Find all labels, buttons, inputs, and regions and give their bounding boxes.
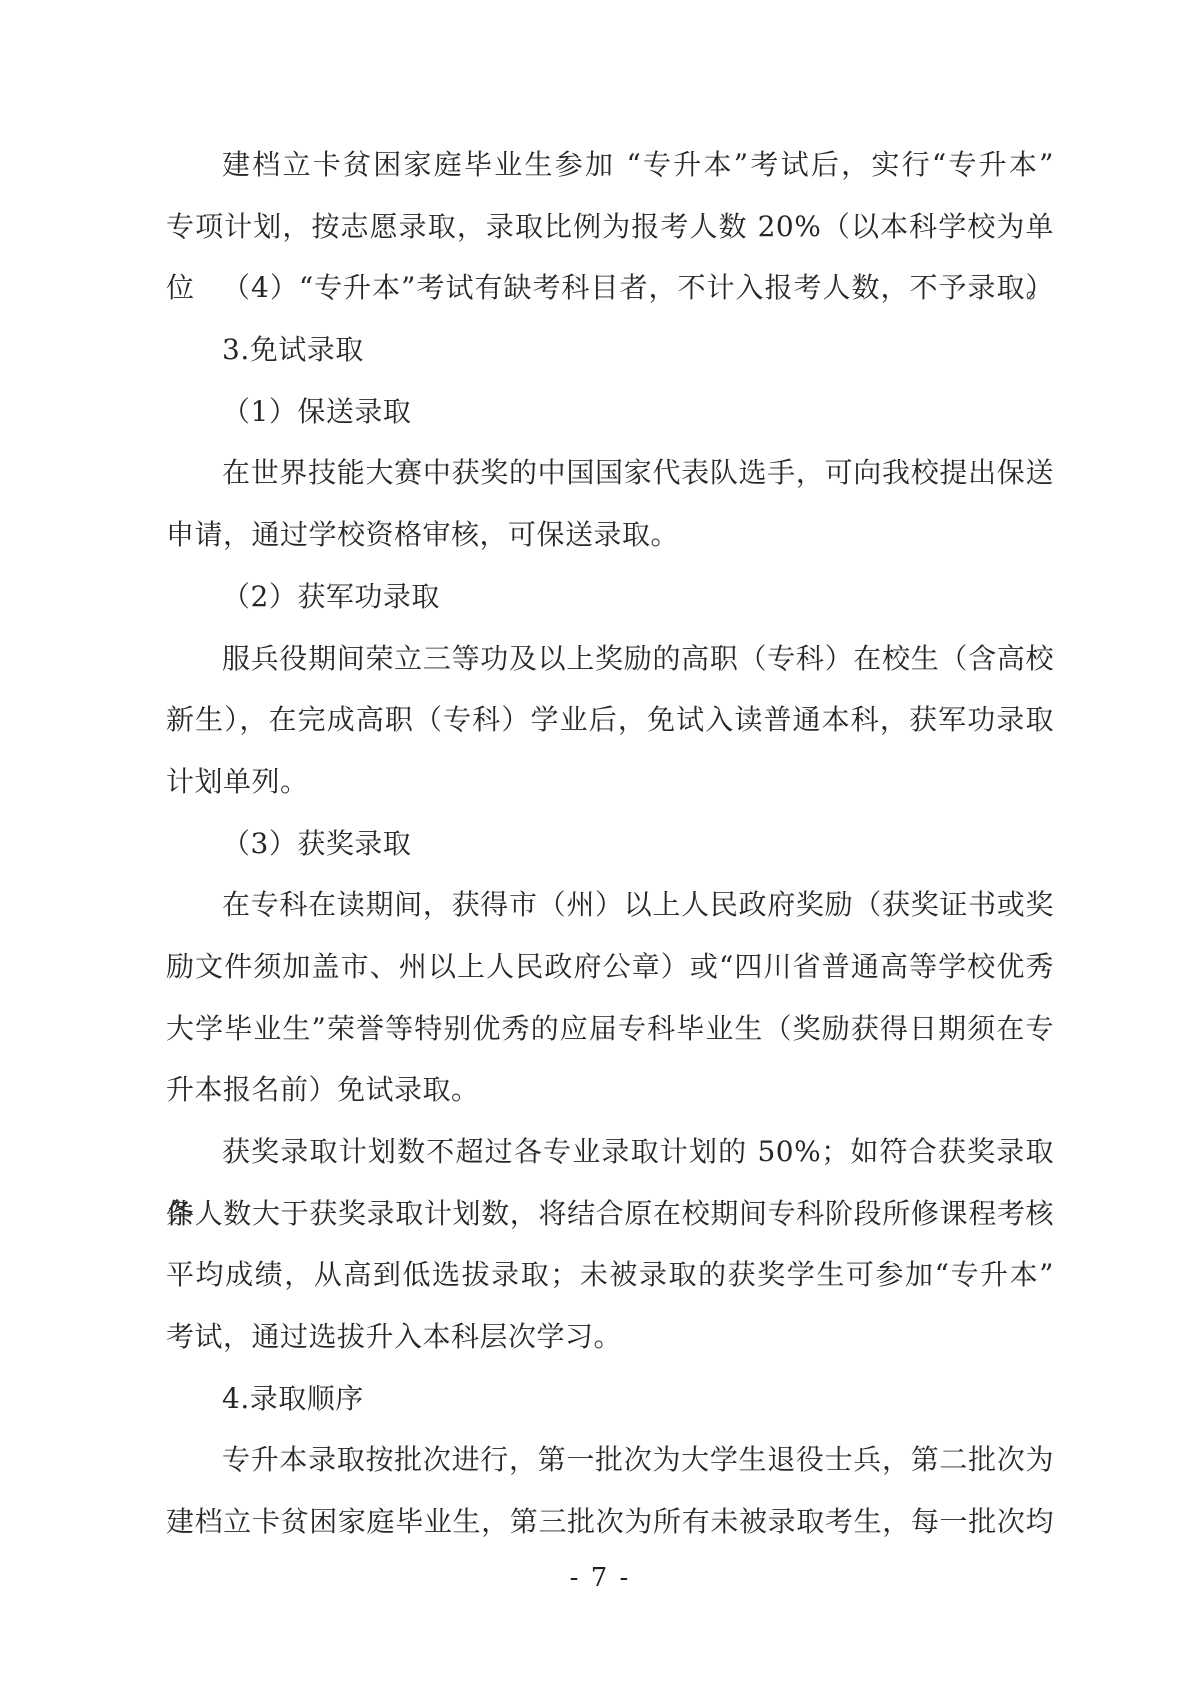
text-line: （4）“专升本”考试有缺考科目者，不计入报考人数，不予录取。 xyxy=(166,257,1054,319)
text-line: 申请，通过学校资格审核，可保送录取。 xyxy=(166,504,1054,566)
text-line: 3.免试录取 xyxy=(166,319,1054,381)
text-line: 专升本录取按批次进行，第一批次为大学生退役士兵，第二批次为 xyxy=(166,1429,1054,1491)
text-line: 升本报名前）免试录取。 xyxy=(166,1059,1054,1121)
text-line: 在专科在读期间，获得市（州）以上人民政府奖励（获奖证书或奖 xyxy=(166,874,1054,936)
text-line: 件人数大于获奖录取计划数，将结合原在校期间专科阶段所修课程考核 xyxy=(166,1183,1054,1245)
page-number: - 7 - xyxy=(0,1561,1200,1595)
text-line: 新生），在完成高职（专科）学业后，免试入读普通本科，获军功录取 xyxy=(166,689,1054,751)
text-line: 计划单列。 xyxy=(166,751,1054,813)
text-line: 在世界技能大赛中获奖的中国国家代表队选手，可向我校提出保送 xyxy=(166,442,1054,504)
text-line: 平均成绩，从高到低选拔录取；未被录取的获奖学生可参加“专升本” xyxy=(166,1244,1054,1306)
text-line: 服兵役期间荣立三等功及以上奖励的高职（专科）在校生（含高校 xyxy=(166,628,1054,690)
text-line: 考试，通过选拔升入本科层次学习。 xyxy=(166,1306,1054,1368)
text-line: 获奖录取计划数不超过各专业录取计划的 50%；如符合获奖录取条 xyxy=(166,1121,1054,1183)
text-line: 建档立卡贫困家庭毕业生，第三批次为所有未被录取考生，每一批次均 xyxy=(166,1491,1054,1553)
text-line: 专项计划，按志愿录取，录取比例为报考人数 20%（以本科学校为单位） xyxy=(166,196,1054,258)
text-line: （2）获军功录取 xyxy=(166,566,1054,628)
text-line: 大学毕业生”荣誉等特别优秀的应届专科毕业生（奖励获得日期须在专 xyxy=(166,998,1054,1060)
text-line: 建档立卡贫困家庭毕业生参加 “专升本”考试后，实行“专升本” xyxy=(166,134,1054,196)
text-line: （3）获奖录取 xyxy=(166,813,1054,875)
document-page: 建档立卡贫困家庭毕业生参加 “专升本”考试后，实行“专升本”专项计划，按志愿录取… xyxy=(0,0,1200,1697)
text-line: 励文件须加盖市、州以上人民政府公章）或“四川省普通高等学校优秀 xyxy=(166,936,1054,998)
text-line: （1）保送录取 xyxy=(166,381,1054,443)
text-flow: 建档立卡贫困家庭毕业生参加 “专升本”考试后，实行“专升本”专项计划，按志愿录取… xyxy=(166,134,1054,1553)
text-line: 4.录取顺序 xyxy=(166,1368,1054,1430)
